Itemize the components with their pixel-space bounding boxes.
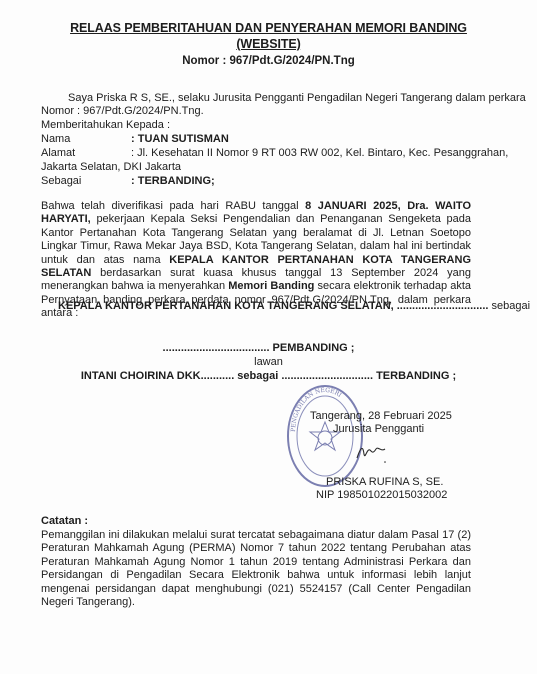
document-title: RELAAS PEMBERITAHUAN DAN PENYERAHAN MEMO… (0, 21, 537, 35)
signer-name: PRISKA RUFINA S, SE. (326, 476, 443, 488)
document-page: RELAAS PEMBERITAHUAN DAN PENYERAHAN MEMO… (0, 0, 537, 674)
intro-case-number: Nomor : 967/Pdt.G/2024/PN.Tng. (41, 105, 204, 118)
court-stamp-icon: PENGADILAN NEGERI (285, 382, 365, 490)
pembanding-name: KEPALA KANTOR PERTANAHAN KOTA TANGERANG … (58, 300, 488, 312)
notes-text: Pemanggilan ini dilakukan melalui surat … (41, 529, 471, 609)
name-value: : TUAN SUTISMAN (131, 133, 229, 145)
signer-role: Jurusita Pengganti (333, 423, 424, 435)
recipient-address-row: Alamat: Jl. Kesehatan II Nomor 9 RT 003 … (41, 147, 508, 160)
terbanding-line: INTANI CHOIRINA DKK........... sebagai .… (0, 370, 537, 382)
sebagai-text: sebagai (488, 300, 530, 312)
memori-banding-label: Memori Banding (228, 280, 314, 292)
document-subtitle: (WEBSITE) (0, 37, 537, 51)
notes-heading: Catatan : (41, 515, 88, 528)
role-label: Sebagai (41, 175, 131, 188)
recipient-role-row: Sebagai: TERBANDING; (41, 175, 215, 188)
lawan-text: lawan (0, 356, 537, 368)
address-value: : Jl. Kesehatan II Nomor 9 RT 003 RW 002… (131, 147, 508, 159)
notify-label: Memberitahukan Kepada : (41, 119, 170, 132)
pembanding-role: ................................... PEMB… (0, 342, 527, 354)
pembanding-line: KEPALA KANTOR PERTANAHAN KOTA TANGERANG … (58, 300, 530, 313)
signer-nip: NIP 198501022015032002 (316, 489, 447, 501)
address-label: Alamat (41, 147, 131, 160)
signature-icon (355, 440, 395, 465)
intro-line: Saya Priska R S, SE., selaku Jurusita Pe… (68, 92, 526, 105)
place-date: Tangerang, 28 Februari 2025 (310, 410, 452, 422)
address-continuation: Jakarta Selatan, DKI Jakarta (41, 161, 181, 174)
body-text: Bahwa telah diverifikasi pada hari RABU … (41, 200, 305, 212)
case-number: Nomor : 967/Pdt.G/2024/PN.Tng (0, 55, 537, 67)
recipient-name-row: Nama: TUAN SUTISMAN (41, 133, 229, 146)
role-value: : TERBANDING; (131, 175, 215, 187)
name-label: Nama (41, 133, 131, 146)
